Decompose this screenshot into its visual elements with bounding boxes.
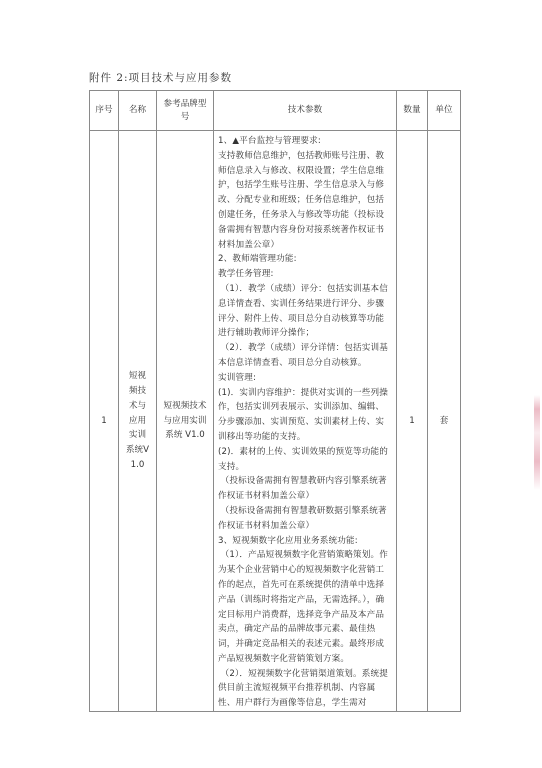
cell-quantity: 1: [397, 131, 428, 712]
param-line: 2、教师端管理功能:: [218, 252, 392, 267]
param-line: 实训管理:: [218, 371, 392, 386]
param-line: （1）．产品短视频数字化营销策略策划。作为某个企业营销中心的短视频数字化营销工作…: [218, 548, 392, 666]
cell-index: 1: [90, 131, 119, 712]
cell-params: 1、▲平台监控与管理要求: 支持教师信息维护，包括教师账号注册、教师信息录入与修…: [214, 131, 397, 712]
header-unit: 单位: [428, 91, 461, 131]
header-index: 序号: [90, 91, 119, 131]
header-brand-model: 参考品牌型号: [157, 91, 214, 131]
table-row: 1 短视频技术与应用实训系统V1.0 短视频技术与应用实训系统 V1.0 1、▲…: [90, 131, 461, 712]
header-quantity: 数量: [397, 91, 428, 131]
header-params: 技术参数: [214, 91, 397, 131]
table-header-row: 序号 名称 参考品牌型号 技术参数 数量 单位: [90, 91, 461, 131]
param-line: (1)．实训内容维护：提供对实训的一些列操作，包括实训列表展示、实训添加、编辑、…: [218, 386, 392, 445]
page-title: 附件 2:项目技术与应用参数: [89, 70, 232, 85]
param-line: (2)．素材的上传、实训效果的预览等功能的支持。: [218, 445, 392, 475]
cell-name: 短视频技术与应用实训系统V1.0: [119, 131, 157, 712]
param-line: （2）．教学（成绩）评分详情：包括实训基本信息详情查看、项目总分自动核算。: [218, 341, 392, 371]
header-name: 名称: [119, 91, 157, 131]
param-line: （2）．短视频数字化营销渠道策划。系统提供目前主流短视频平台推荐机制、内容属性、…: [218, 667, 392, 711]
param-line: 3、短视频数字化应用业务系统功能:: [218, 534, 392, 549]
cell-unit: 套: [428, 131, 461, 712]
param-line: （1）．教学（成绩）评分：包括实训基本信息详情查看、实训任务结果进行评分、步骤评…: [218, 282, 392, 341]
cell-brand-model: 短视频技术与应用实训系统 V1.0: [157, 131, 214, 712]
param-line: 教学任务管理:: [218, 267, 392, 282]
param-line: （投标设备需拥有智慧教研数据引擎系统著作权证书材料加盖公章）: [218, 504, 392, 534]
spec-table: 序号 名称 参考品牌型号 技术参数 数量 单位 1 短视频技术与应用实训系统V1…: [89, 90, 461, 712]
param-line: 支持教师信息维护，包括教师账号注册、教师信息录入与修改、权限设置；学生信息维护，…: [218, 149, 392, 253]
param-line: （投标设备需拥有智慧教研内容引擎系统著作权证书材料加盖公章）: [218, 474, 392, 504]
param-line: 1、▲平台监控与管理要求:: [218, 134, 392, 149]
seal-stamp-fragment: [534, 395, 540, 490]
